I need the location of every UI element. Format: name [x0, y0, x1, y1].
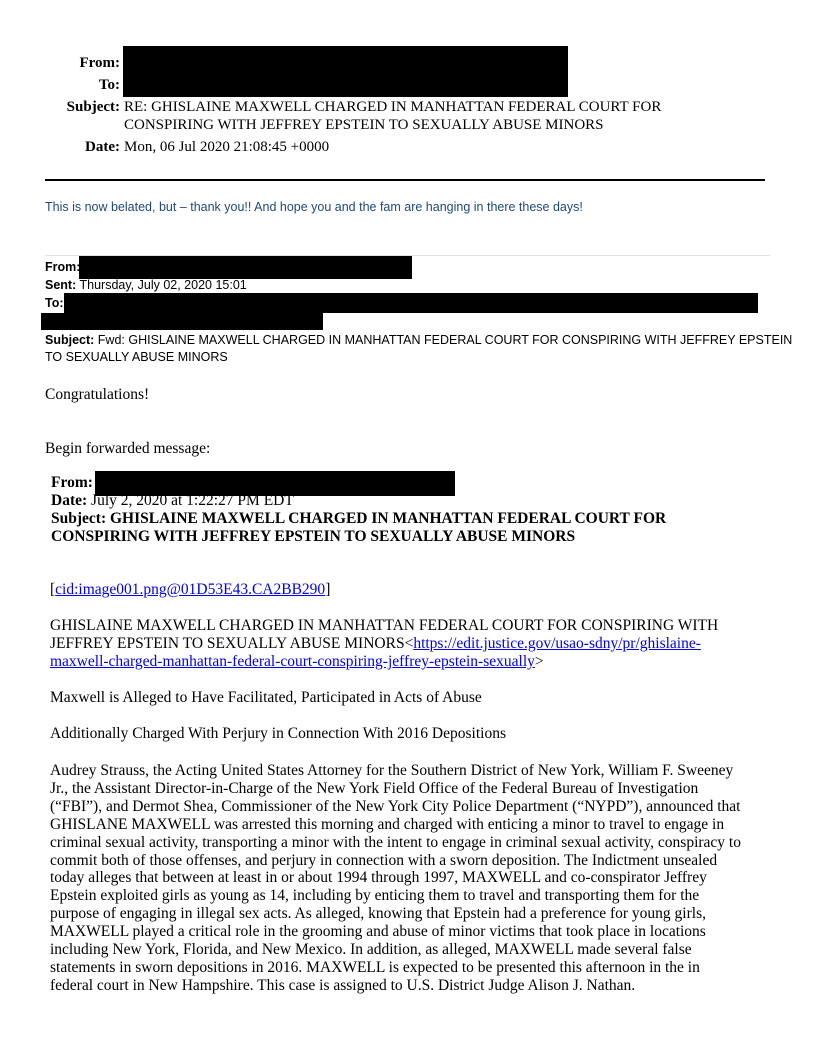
paragraph-line: Audrey Strauss, the Acting United States…	[50, 762, 775, 780]
headline-line3: maxwell-charged-manhattan-federal-court-…	[50, 653, 544, 671]
forward-subject-line2: TO SEXUALLY ABUSE MINORS	[45, 350, 228, 364]
congratulations-text: Congratulations!	[45, 386, 149, 404]
forward-subject-label: Subject:	[45, 333, 94, 347]
outer-date-label: Date:	[0, 138, 120, 156]
paragraph-line: (“FBI”), and Dermot Shea, Commissioner o…	[50, 798, 775, 816]
paragraph-line: purpose of engaging in illegal sex acts.…	[50, 905, 775, 923]
press-release-link-part1[interactable]: https://edit.justice.gov/usao-sdny/pr/gh…	[413, 635, 701, 652]
forward-subject-row2: TO SEXUALLY ABUSE MINORS	[45, 349, 228, 366]
headline-line1: GHISLAINE MAXWELL CHARGED IN MANHATTAN F…	[50, 617, 718, 635]
press-release-link-part2[interactable]: maxwell-charged-manhattan-federal-court-…	[50, 653, 535, 670]
inner-from-label: From:	[51, 474, 93, 492]
forward-from-label: From:	[45, 260, 80, 274]
redaction-forward-to-line2	[41, 313, 323, 330]
header-divider	[45, 179, 765, 181]
subhead-facilitated: Maxwell is Alleged to Have Facilitated, …	[50, 689, 482, 707]
forward-subject-row: Subject: Fwd: GHISLAINE MAXWELL CHARGED …	[45, 332, 792, 349]
headline-line3-close: >	[535, 653, 544, 670]
outer-subject-line1: RE: GHISLAINE MAXWELL CHARGED IN MANHATT…	[124, 98, 661, 116]
forward-sent-label: Sent:	[45, 278, 76, 292]
headline-line2: JEFFREY EPSTEIN TO SEXUALLY ABUSE MINORS…	[50, 635, 701, 653]
outer-to-label: To:	[0, 76, 120, 94]
begin-forwarded-text: Begin forwarded message:	[45, 440, 210, 458]
inner-date-value: July 2, 2020 at 1:22:27 PM EDT	[91, 492, 294, 509]
image-ref-link[interactable]: cid:image001.png@01D53E43.CA2BB290	[55, 581, 325, 598]
paragraph-line: including New York, Florida, and New Mex…	[50, 941, 775, 959]
paragraph-line: Jr., the Assistant Director-in-Charge of…	[50, 780, 775, 798]
headline-line2-text: JEFFREY EPSTEIN TO SEXUALLY ABUSE MINORS…	[50, 635, 413, 652]
redaction-forward-to-line1	[64, 293, 758, 313]
inner-date-label: Date:	[51, 492, 87, 509]
paragraph-line: criminal sexual activity, transporting a…	[50, 834, 775, 852]
image-reference: [cid:image001.png@01D53E43.CA2BB290]	[50, 581, 330, 599]
paragraph-line: today alleges that between at least in o…	[50, 869, 775, 887]
paragraph-line: MAXWELL played a critical role in the gr…	[50, 923, 775, 941]
forward-to-label: To:	[45, 296, 64, 310]
outer-subject-label: Subject:	[0, 98, 120, 116]
paragraph-line: statements in sworn depositions in 2016.…	[50, 959, 775, 977]
redaction-forward-from	[79, 256, 412, 279]
outer-from-label: From:	[0, 54, 120, 72]
forward-from-row: From:	[45, 259, 80, 276]
paragraph-line: federal court in New Hampshire. This cas…	[50, 977, 775, 995]
redaction-outer-from-to	[123, 46, 568, 97]
forward-to-row: To:	[45, 295, 64, 312]
paragraph-line: Epstein exploited girls as young as 14, …	[50, 887, 775, 905]
outer-date-value: Mon, 06 Jul 2020 21:08:45 +0000	[124, 138, 329, 156]
reply-message: This is now belated, but – thank you!! A…	[45, 200, 583, 214]
subhead-perjury: Additionally Charged With Perjury in Con…	[50, 725, 506, 743]
inner-subject-line1: GHISLAINE MAXWELL CHARGED IN MANHATTAN F…	[110, 510, 666, 527]
outer-subject-line2: CONSPIRING WITH JEFFREY EPSTEIN TO SEXUA…	[124, 116, 604, 134]
inner-date-row: Date: July 2, 2020 at 1:22:27 PM EDT	[51, 492, 294, 510]
inner-subject-row: Subject: GHISLAINE MAXWELL CHARGED IN MA…	[51, 510, 666, 528]
paragraph-line: GHISLANE MAXWELL was arrested this morni…	[50, 816, 775, 834]
press-release-paragraph: Audrey Strauss, the Acting United States…	[50, 762, 775, 995]
inner-subject-line2: CONSPIRING WITH JEFFREY EPSTEIN TO SEXUA…	[51, 528, 575, 546]
paragraph-line: commit both of those offenses, and perju…	[50, 852, 775, 870]
inner-subject-label: Subject:	[51, 510, 106, 527]
image-ref-close: ]	[325, 581, 330, 598]
forward-sent-value: Thursday, July 02, 2020 15:01	[80, 278, 247, 292]
forward-sent-row: Sent: Thursday, July 02, 2020 15:01	[45, 277, 247, 294]
forward-subject-line1: Fwd: GHISLAINE MAXWELL CHARGED IN MANHAT…	[98, 333, 793, 347]
